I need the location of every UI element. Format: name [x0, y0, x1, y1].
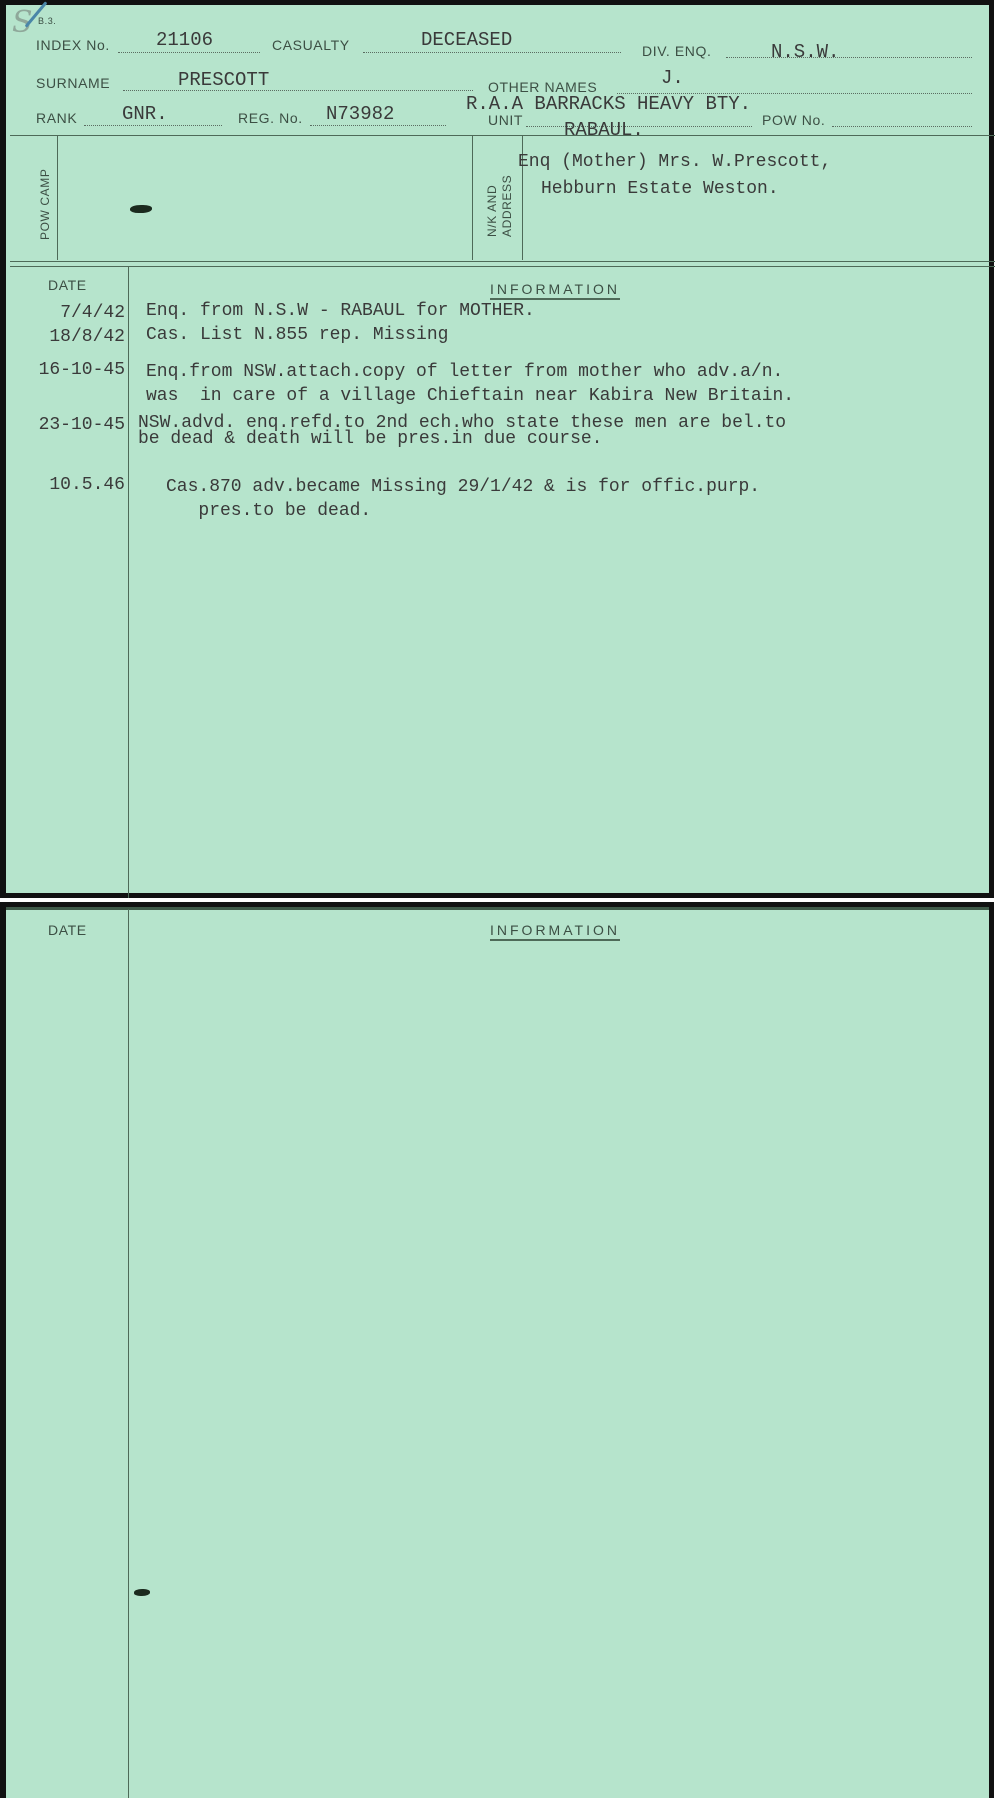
index-no-value: 21106 — [156, 29, 213, 51]
punch-hole — [134, 1589, 150, 1596]
punch-hole — [130, 205, 152, 213]
record-card-front: S B.3. INDEX No. 21106 CASUALTY DECEASED… — [0, 0, 994, 898]
information-column-header: INFORMATION — [490, 281, 620, 300]
div-enq-label: DIV. ENQ. — [642, 43, 711, 59]
surname-label: SURNAME — [36, 75, 110, 91]
entry-date: 16-10-45 — [10, 360, 125, 380]
entry-text: Cas. List N.855 rep. Missing — [146, 327, 448, 344]
date-column-header: DATE — [48, 922, 87, 938]
entry-date: 7/4/42 — [10, 303, 125, 323]
rank-value: GNR. — [122, 103, 168, 125]
nk-address-line2: Hebburn Estate Weston. — [541, 179, 779, 199]
information-column-header: INFORMATION — [490, 922, 620, 941]
entry-date: 18/8/42 — [10, 327, 125, 347]
entry-text: Cas.870 adv.became Missing 29/1/42 & is … — [166, 475, 760, 523]
other-names-value: J. — [661, 67, 684, 89]
entry-date: 23-10-45 — [10, 415, 125, 435]
form-code: B.3. — [38, 16, 56, 26]
casualty-value: DECEASED — [421, 29, 512, 51]
nk-label-line2: ADDRESS — [501, 175, 514, 237]
entry-text: Enq. from N.S.W - RABAUL for MOTHER. — [146, 303, 535, 320]
div-enq-value: N.S.W. — [771, 41, 839, 63]
date-column-header: DATE — [48, 277, 87, 293]
reg-no-value: N73982 — [326, 103, 394, 125]
casualty-label: CASUALTY — [272, 37, 350, 53]
surname-value: PRESCOTT — [178, 69, 269, 91]
unit-value-line1: R.A.A BARRACKS HEAVY BTY. — [466, 93, 751, 115]
nk-label-line1: N/K AND — [486, 185, 499, 237]
index-no-label: INDEX No. — [36, 37, 110, 53]
pow-no-label: POW No. — [762, 112, 825, 128]
entry-date: 10.5.46 — [10, 475, 125, 495]
nk-address-line1: Enq (Mother) Mrs. W.Prescott, — [518, 152, 831, 172]
entry-text: Enq.from NSW.attach.copy of letter from … — [146, 360, 794, 408]
rank-label: RANK — [36, 110, 77, 126]
unit-value-line2: RABAUL. — [564, 119, 644, 141]
entry-text: NSW.advd. enq.refd.to 2nd ech.who state … — [138, 415, 786, 447]
reg-no-label: REG. No. — [238, 110, 303, 126]
pow-camp-label: POW CAMP — [39, 169, 52, 240]
record-card-back: DATE INFORMATION — [0, 902, 994, 1798]
